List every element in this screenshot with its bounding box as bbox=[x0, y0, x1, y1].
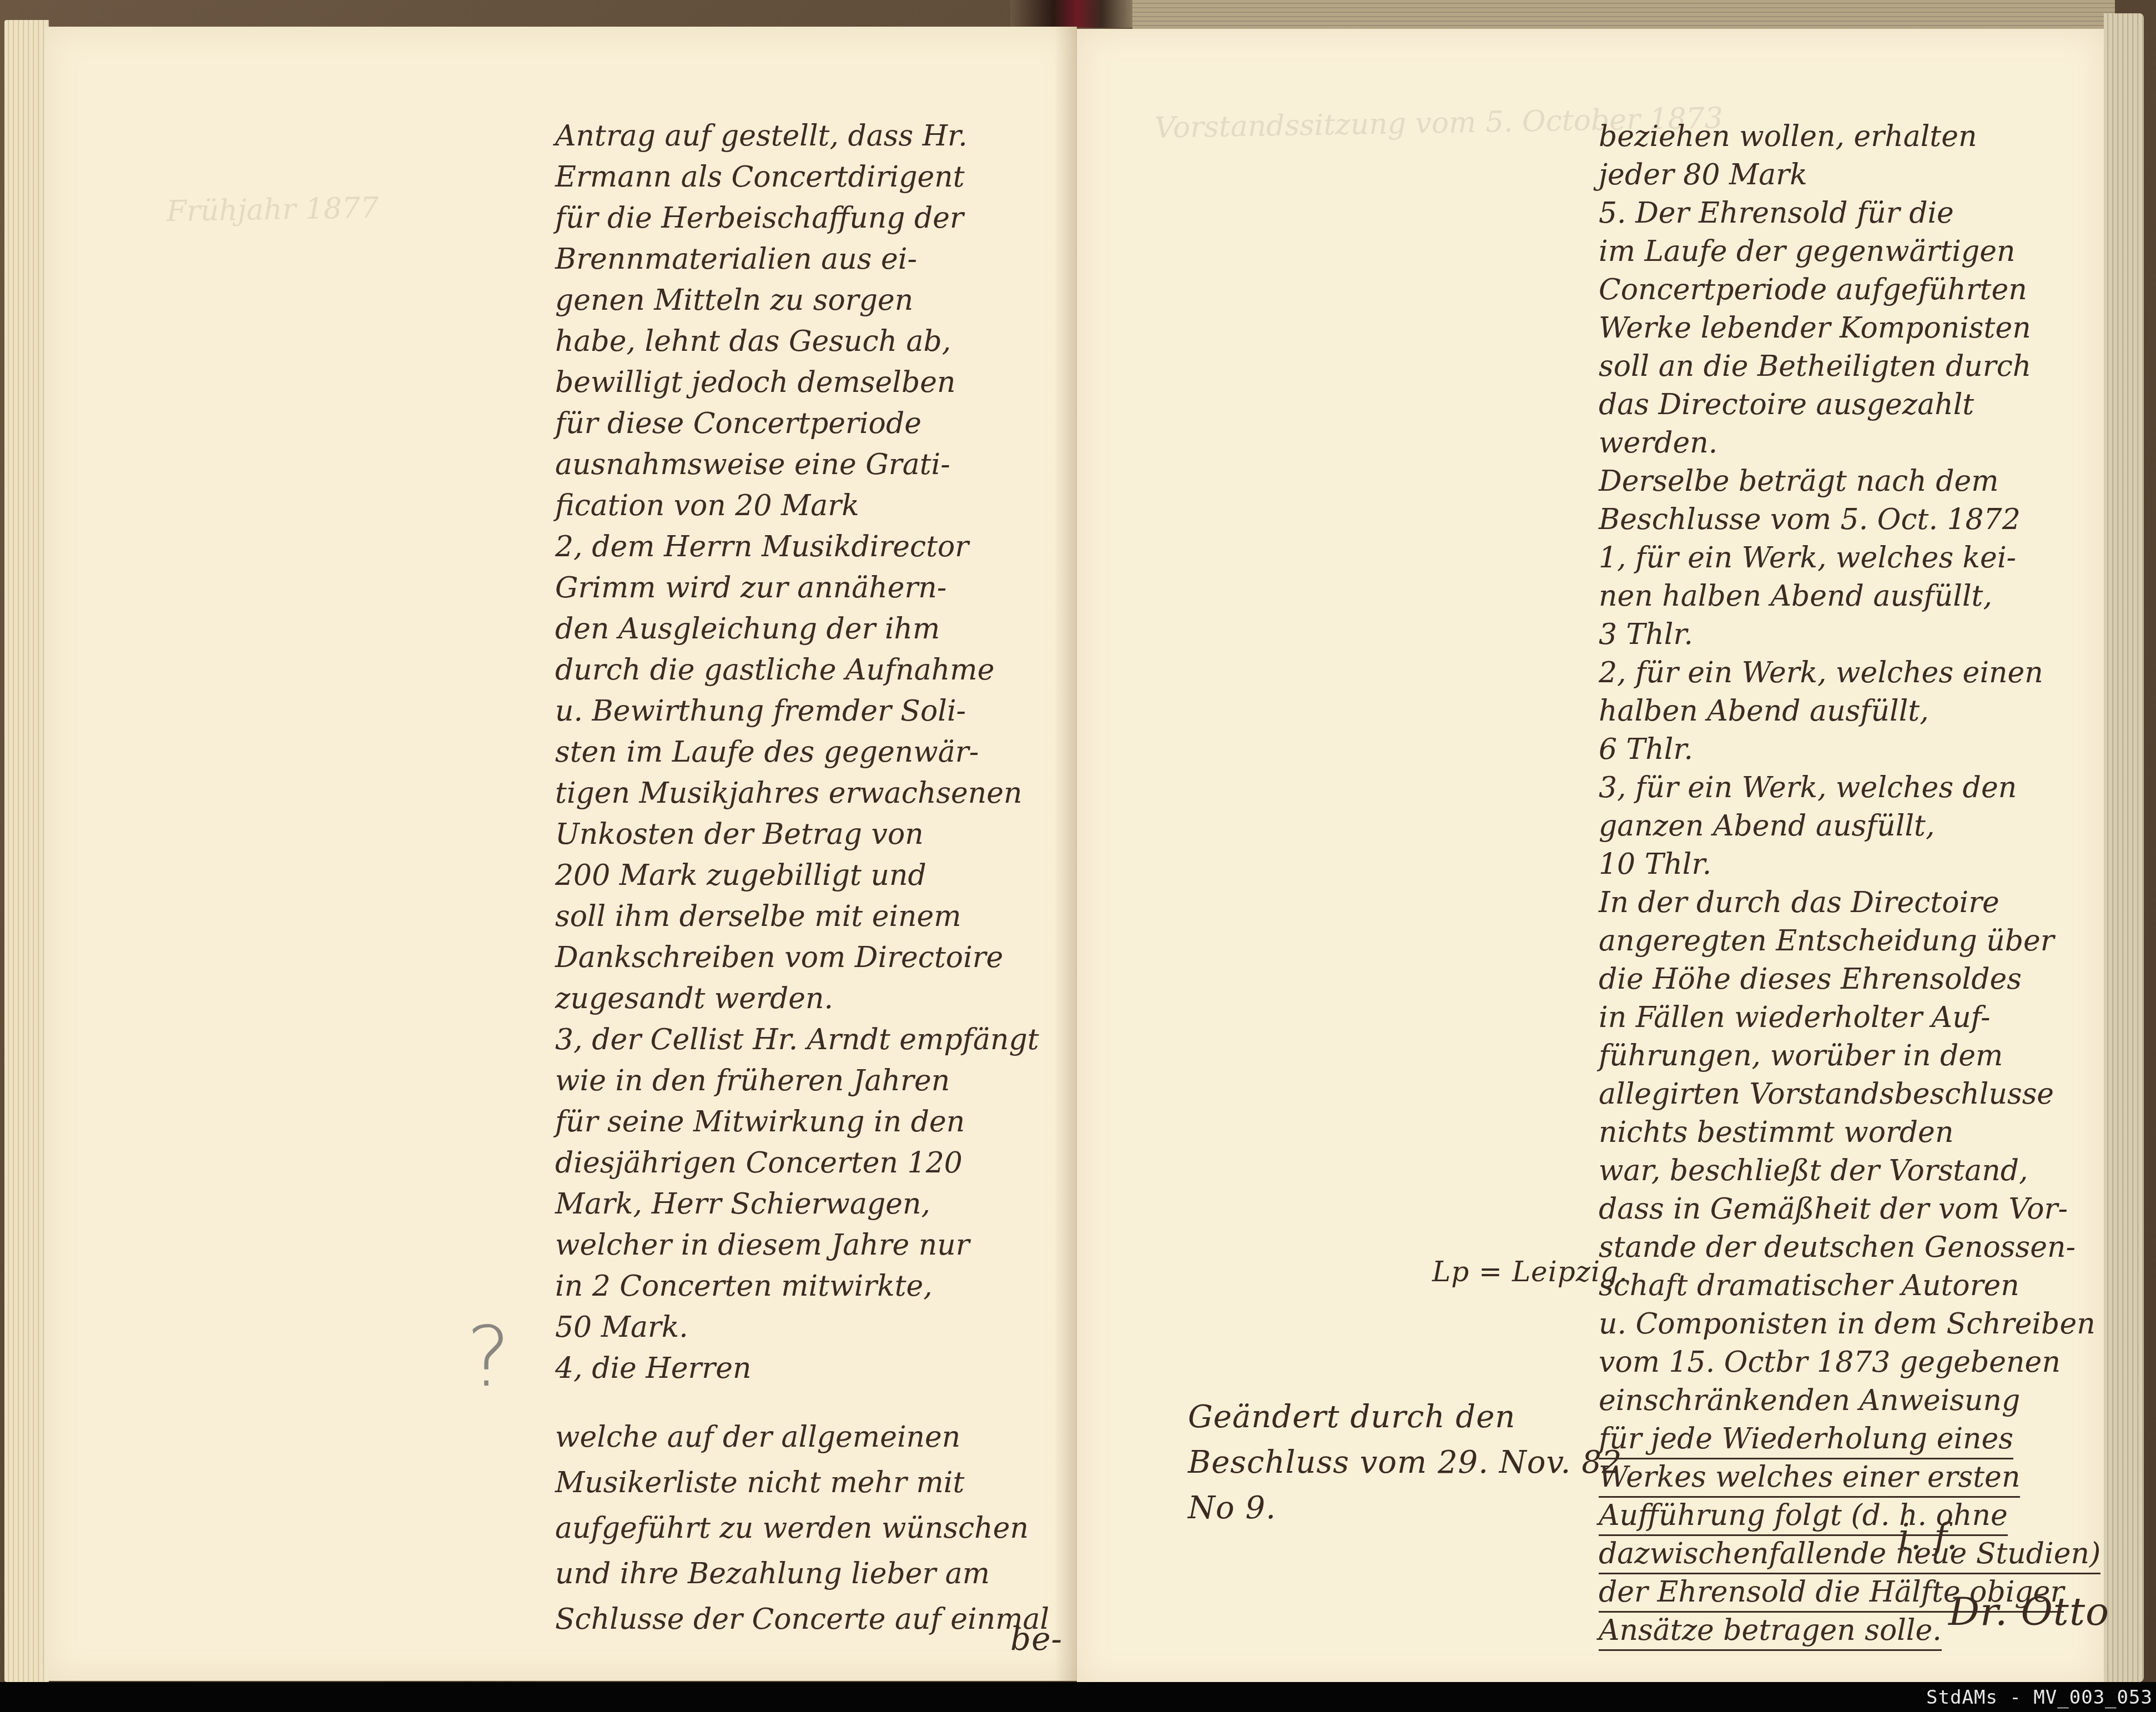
pencil-mark: ? bbox=[466, 1309, 511, 1406]
line-text: Beschlusse vom 5. Oct. 1872 bbox=[1599, 503, 2021, 536]
handwritten-line: für die Herbeischaffung der bbox=[555, 198, 1039, 239]
line-text: bewilligt jedoch demselben bbox=[555, 366, 955, 399]
line-text: Schlusse der Concerte auf einmal bbox=[555, 1603, 1049, 1636]
line-text: für jede Wiederholung eines bbox=[1599, 1422, 2013, 1459]
line-text: Antrag auf gestellt, dass Hr. bbox=[555, 119, 968, 153]
handwritten-line: Beschlusse vom 5. Oct. 1872 bbox=[1599, 501, 2100, 539]
handwritten-line: welche auf der allgemeinen bbox=[555, 1414, 1049, 1460]
handwritten-line: 2, dem Herrn Musikdirector bbox=[555, 526, 1039, 567]
handwritten-line: für seine Mitwirkung in den bbox=[555, 1101, 1039, 1142]
line-text: Mark, Herr Schierwagen, bbox=[555, 1187, 930, 1221]
handwritten-line: fication von 20 Mark bbox=[555, 485, 1039, 526]
line-text: aufgeführt zu werden wünschen bbox=[555, 1512, 1029, 1545]
handwritten-line: Dankschreiben vom Directoire bbox=[555, 937, 1039, 978]
line-text: Werke lebender Komponisten bbox=[1599, 311, 2031, 345]
handwritten-line: soll an die Betheiligten durch bbox=[1599, 348, 2100, 386]
handwritten-line: aufgeführt zu werden wünschen bbox=[555, 1505, 1049, 1551]
line-text: zugesandt werden. bbox=[555, 982, 833, 1015]
line-text: dazwischenfallende neue Studien) bbox=[1599, 1537, 2100, 1574]
handwritten-line: den Ausgleichung der ihm bbox=[555, 608, 1039, 649]
handwritten-line: führungen, worüber in dem bbox=[1599, 1037, 2100, 1075]
line-text: nen halben Abend ausfüllt, bbox=[1599, 580, 1992, 613]
handwritten-line: bewilligt jedoch demselben bbox=[555, 362, 1039, 403]
line-text: allegirten Vorstandsbeschlusse bbox=[1599, 1077, 2054, 1111]
line-text: u. Bewirthung fremder Soli- bbox=[555, 694, 966, 728]
line-text: Concertperiode aufgeführten bbox=[1599, 273, 2027, 306]
line-text: das Directoire ausgezahlt bbox=[1599, 388, 1974, 421]
line-text: fication von 20 Mark bbox=[555, 489, 859, 522]
left-page: Frühjahr 1877 Antrag auf gestellt, dass … bbox=[44, 27, 1077, 1681]
line-text: soll ihm derselbe mit einem bbox=[555, 900, 961, 933]
handwritten-line: vom 15. Octbr 1873 gegebenen bbox=[1599, 1343, 2100, 1382]
line-text: stande der deutschen Genossen- bbox=[1599, 1231, 2076, 1264]
line-text: diesjährigen Concerten 120 bbox=[555, 1146, 963, 1180]
line-text: halben Abend ausfüllt, bbox=[1599, 694, 1929, 728]
line-text: Brennmaterialien aus ei- bbox=[555, 243, 917, 276]
line-text: Ansätze betragen solle. bbox=[1599, 1614, 1942, 1651]
line-text: 1, für ein Werk, welches kei- bbox=[1599, 541, 2016, 575]
handwritten-line: wie in den früheren Jahren bbox=[555, 1060, 1039, 1101]
line-text: Derselbe beträgt nach dem bbox=[1599, 465, 1999, 498]
handwritten-line: 4, die Herren bbox=[555, 1348, 1039, 1389]
line-text: 5. Der Ehrensold für die bbox=[1599, 197, 1954, 230]
left-page-continuation: welche auf der allgemeinenMusikerliste n… bbox=[555, 1414, 1049, 1642]
handwritten-line: genen Mitteln zu sorgen bbox=[555, 280, 1039, 321]
line-text: wie in den früheren Jahren bbox=[555, 1064, 950, 1097]
line-text: und ihre Bezahlung lieber am bbox=[555, 1557, 990, 1590]
handwritten-line: welcher in diesem Jahre nur bbox=[555, 1225, 1039, 1266]
handwritten-line: Schlusse der Concerte auf einmal bbox=[555, 1597, 1049, 1642]
amendment-line: No 9. bbox=[1188, 1486, 1622, 1531]
handwritten-line: In der durch das Directoire bbox=[1599, 884, 2100, 922]
signature-initials: i. f. bbox=[1898, 1517, 1958, 1558]
handwritten-line: für diese Concertperiode bbox=[555, 403, 1039, 444]
line-text: Dankschreiben vom Directoire bbox=[555, 941, 1003, 974]
handwritten-line: Musikerliste nicht mehr mit bbox=[555, 1460, 1049, 1505]
handwritten-line: durch die gastliche Aufnahme bbox=[555, 649, 1039, 691]
handwritten-line: in 2 Concerten mitwirkte, bbox=[555, 1266, 1039, 1307]
line-text: welcher in diesem Jahre nur bbox=[555, 1228, 970, 1262]
line-text: durch die gastliche Aufnahme bbox=[555, 653, 994, 687]
handwritten-line: habe, lehnt das Gesuch ab, bbox=[555, 321, 1039, 362]
line-text: 6 Thlr. bbox=[1599, 733, 1693, 766]
handwritten-line: zugesandt werden. bbox=[555, 978, 1039, 1019]
handwritten-line: werden. bbox=[1599, 424, 2100, 462]
line-text: ganzen Abend ausfüllt, bbox=[1599, 809, 1935, 843]
handwritten-line: im Laufe der gegenwärtigen bbox=[1599, 233, 2100, 271]
handwritten-line: u. Bewirthung fremder Soli- bbox=[555, 691, 1039, 732]
handwritten-line: Mark, Herr Schierwagen, bbox=[555, 1184, 1039, 1225]
right-page: Vorstandssitzung vom 5. October 1873 bez… bbox=[1077, 29, 2104, 1685]
line-text: für seine Mitwirkung in den bbox=[555, 1105, 965, 1139]
line-text: 2, dem Herrn Musikdirector bbox=[555, 530, 969, 563]
handwritten-line: Concertperiode aufgeführten bbox=[1599, 271, 2100, 309]
line-text: 3, der Cellist Hr. Arndt empfängt bbox=[555, 1023, 1039, 1056]
line-text: In der durch das Directoire bbox=[1599, 886, 1999, 919]
handwritten-line: das Directoire ausgezahlt bbox=[1599, 386, 2100, 424]
handwritten-line: Unkosten der Betrag von bbox=[555, 814, 1039, 855]
bleed-through-text: Frühjahr 1877 bbox=[167, 192, 379, 229]
margin-place-note: Lp = Leipzig. bbox=[1432, 1256, 1628, 1288]
line-text: werden. bbox=[1599, 426, 1717, 460]
handwritten-line: ausnahmsweise eine Grati- bbox=[555, 444, 1039, 485]
handwritten-line: schaft dramatischer Autoren bbox=[1599, 1267, 2100, 1305]
handwritten-line: u. Componisten in dem Schreiben bbox=[1599, 1305, 2100, 1343]
handwritten-line: Werke lebender Komponisten bbox=[1599, 309, 2100, 348]
line-text: Musikerliste nicht mehr mit bbox=[555, 1466, 964, 1499]
handwritten-line: 200 Mark zugebilligt und bbox=[555, 855, 1039, 896]
handwritten-line: beziehen wollen, erhalten bbox=[1599, 118, 2100, 156]
top-page-edges bbox=[1132, 0, 2115, 29]
line-text: genen Mitteln zu sorgen bbox=[555, 284, 913, 317]
left-page-edges bbox=[4, 20, 49, 1682]
signature-name: Dr. Otto bbox=[1948, 1589, 2109, 1634]
handwritten-line: 1, für ein Werk, welches kei- bbox=[1599, 539, 2100, 577]
left-page-text: Antrag auf gestellt, dass Hr.Ermann als … bbox=[555, 115, 1039, 1389]
line-text: 3, für ein Werk, welches den bbox=[1599, 771, 2017, 804]
line-text: Ermann als Concertdirigent bbox=[555, 160, 965, 194]
line-text: angeregten Entscheidung über bbox=[1599, 924, 2054, 958]
handwritten-line: in Fällen wiederholter Auf- bbox=[1599, 999, 2100, 1037]
line-text: Unkosten der Betrag von bbox=[555, 818, 924, 851]
handwritten-line: tigen Musikjahres erwachsenen bbox=[555, 773, 1039, 814]
line-text: tigen Musikjahres erwachsenen bbox=[555, 777, 1022, 810]
handwritten-line: die Höhe dieses Ehrensoldes bbox=[1599, 960, 2100, 999]
line-text: u. Componisten in dem Schreiben bbox=[1599, 1307, 2095, 1341]
amendment-line: Beschluss vom 29. Nov. 82 bbox=[1188, 1440, 1622, 1486]
handwritten-line: Aufführung folgt (d. h. ohne bbox=[1599, 1497, 2100, 1535]
archive-footer-bar bbox=[0, 1682, 2156, 1712]
line-text: in 2 Concerten mitwirkte, bbox=[555, 1270, 933, 1303]
line-text: führungen, worüber in dem bbox=[1599, 1039, 2003, 1072]
margin-amendment-note: Geändert durch den Beschluss vom 29. Nov… bbox=[1188, 1394, 1622, 1531]
line-text: den Ausgleichung der ihm bbox=[555, 612, 940, 646]
line-text: 4, die Herren bbox=[555, 1352, 751, 1385]
handwritten-line: 2, für ein Werk, welches einen bbox=[1599, 654, 2100, 692]
line-text: für diese Concertperiode bbox=[555, 407, 921, 440]
handwritten-line: Derselbe beträgt nach dem bbox=[1599, 462, 2100, 501]
line-text: nichts bestimmt worden bbox=[1599, 1116, 1953, 1149]
handwritten-line: für jede Wiederholung eines bbox=[1599, 1420, 2100, 1458]
handwritten-line: dazwischenfallende neue Studien) bbox=[1599, 1535, 2100, 1573]
book-spine-headband bbox=[1010, 0, 1132, 28]
line-text: 200 Mark zugebilligt und bbox=[555, 859, 926, 892]
handwritten-line: halben Abend ausfüllt, bbox=[1599, 692, 2100, 731]
line-text: im Laufe der gegenwärtigen bbox=[1599, 235, 2016, 268]
line-text: einschränkenden Anweisung bbox=[1599, 1384, 2020, 1417]
line-text: jeder 80 Mark bbox=[1599, 158, 1807, 192]
line-text: welche auf der allgemeinen bbox=[555, 1421, 960, 1454]
line-text: sten im Laufe des gegenwär- bbox=[555, 736, 979, 769]
line-text: 10 Thlr. bbox=[1599, 848, 1711, 881]
handwritten-line: diesjährigen Concerten 120 bbox=[555, 1142, 1039, 1184]
line-text: war, beschließt der Vorstand, bbox=[1599, 1154, 2028, 1187]
handwritten-line: stande der deutschen Genossen- bbox=[1599, 1228, 2100, 1267]
handwritten-line: Brennmaterialien aus ei- bbox=[555, 239, 1039, 280]
right-page-edges bbox=[2104, 13, 2144, 1682]
handwritten-line: nichts bestimmt worden bbox=[1599, 1114, 2100, 1152]
line-text: 2, für ein Werk, welches einen bbox=[1599, 656, 2043, 689]
handwritten-line: Ermann als Concertdirigent bbox=[555, 157, 1039, 198]
handwritten-line: 3 Thlr. bbox=[1599, 616, 2100, 654]
handwritten-line: 50 Mark. bbox=[555, 1307, 1039, 1348]
handwritten-line: und ihre Bezahlung lieber am bbox=[555, 1551, 1049, 1597]
amendment-line: Geändert durch den bbox=[1188, 1394, 1622, 1440]
line-text: dass in Gemäßheit der vom Vor- bbox=[1599, 1192, 2068, 1226]
line-text: in Fällen wiederholter Auf- bbox=[1599, 1001, 1991, 1034]
handwritten-line: ganzen Abend ausfüllt, bbox=[1599, 807, 2100, 845]
handwritten-line: 3, der Cellist Hr. Arndt empfängt bbox=[555, 1019, 1039, 1060]
handwritten-line: allegirten Vorstandsbeschlusse bbox=[1599, 1075, 2100, 1114]
handwritten-line: 6 Thlr. bbox=[1599, 731, 2100, 769]
line-text: habe, lehnt das Gesuch ab, bbox=[555, 325, 951, 358]
archive-reference-label: StdAMs - MV_003_053 bbox=[1926, 1686, 2153, 1709]
line-text: schaft dramatischer Autoren bbox=[1599, 1269, 2019, 1302]
handwritten-line: war, beschließt der Vorstand, bbox=[1599, 1152, 2100, 1190]
handwritten-line: nen halben Abend ausfüllt, bbox=[1599, 577, 2100, 616]
line-text: ausnahmsweise eine Grati- bbox=[555, 448, 950, 481]
line-text: für die Herbeischaffung der bbox=[555, 202, 964, 235]
handwritten-line: jeder 80 Mark bbox=[1599, 156, 2100, 194]
line-text: die Höhe dieses Ehrensoldes bbox=[1599, 963, 2022, 996]
handwritten-line: sten im Laufe des gegenwär- bbox=[555, 732, 1039, 773]
line-text: vom 15. Octbr 1873 gegebenen bbox=[1599, 1346, 2061, 1379]
handwritten-line: 10 Thlr. bbox=[1599, 845, 2100, 884]
handwritten-line: dass in Gemäßheit der vom Vor- bbox=[1599, 1190, 2100, 1228]
line-text: 3 Thlr. bbox=[1599, 618, 1693, 651]
handwritten-line: Werkes welches einer ersten bbox=[1599, 1458, 2100, 1497]
handwritten-line: 3, für ein Werk, welches den bbox=[1599, 769, 2100, 807]
handwritten-line: angeregten Entscheidung über bbox=[1599, 922, 2100, 960]
line-text: Werkes welches einer ersten bbox=[1599, 1461, 2020, 1498]
handwritten-line: einschränkenden Anweisung bbox=[1599, 1382, 2100, 1420]
line-text: beziehen wollen, erhalten bbox=[1599, 120, 1977, 153]
handwritten-line: 5. Der Ehrensold für die bbox=[1599, 194, 2100, 233]
line-text: 50 Mark. bbox=[555, 1311, 688, 1344]
line-text: Grimm wird zur annähern- bbox=[555, 571, 946, 605]
line-text: soll an die Betheiligten durch bbox=[1599, 350, 2031, 383]
handwritten-line: Antrag auf gestellt, dass Hr. bbox=[555, 115, 1039, 157]
right-page-text: beziehen wollen, erhaltenjeder 80 Mark5.… bbox=[1599, 118, 2100, 1650]
handwritten-line: soll ihm derselbe mit einem bbox=[555, 896, 1039, 937]
handwritten-line: Grimm wird zur annähern- bbox=[555, 567, 1039, 608]
